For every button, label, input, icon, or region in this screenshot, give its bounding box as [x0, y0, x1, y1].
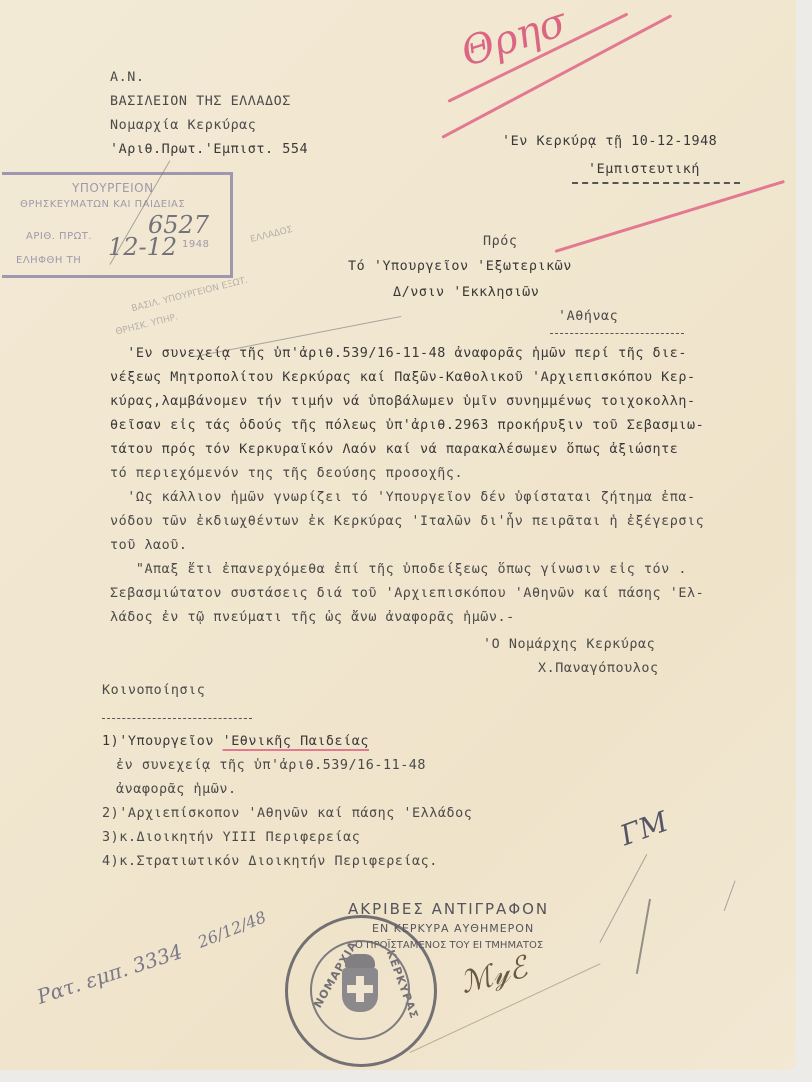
header-protocol: 'Αριθ.Πρωτ.'Εμπιστ. 554: [110, 142, 308, 158]
recipient-line-3: 'Αθήνας: [558, 309, 618, 325]
receipt-stamp: ΥΠΟΥΡΓΕΙΟΝ ΘΡΗΣΚΕΥΜΑΤΩΝ ΚΑΙ ΠΑΙΔΕΙΑΣ ΑΡΙ…: [2, 172, 233, 278]
crown-icon: [345, 954, 375, 968]
body-line: 'Ως κάλλιον ἡμῶν γνωρίζει τό 'Υπουργεῖον…: [110, 490, 696, 506]
body-line: νέξεως Μητροπολίτου Κερκύρας καί Παξῶν-Κ…: [110, 370, 696, 386]
body-line: νόδου τῶν ἐκδιωχθέντων ἐκ Κερκύρας 'Ιταλ…: [110, 514, 704, 530]
body-line: τό περιεχόμενόν της τῆς δεούσης προσοχῆς…: [110, 466, 463, 482]
classification: 'Εμπιστευτική: [588, 162, 700, 178]
distribution-item-1-cont: ἀναφορᾶς ἡμῶν.: [116, 782, 237, 798]
red-pencil-annotation: Θρησ: [456, 0, 573, 76]
pencil-mark: [723, 880, 735, 911]
signature-name: Χ.Παναγόπουλος: [538, 661, 659, 677]
handwritten-initials: ΓΜ: [616, 805, 672, 852]
body-line: τοῦ λαοῦ.: [110, 538, 188, 554]
body-line: λάδος ἐν τῷ πνεύματι τῆς ὡς ἄνω ἀναφορᾶς…: [110, 610, 515, 626]
faded-stamp-text: ΒΑΣΙΛ. ΥΠΟΥΡΓΕΙΟΝ ΕΞΩΤ.: [131, 276, 249, 315]
distribution-heading: Κοινοποίησις: [102, 683, 205, 699]
handwritten-note: Ρατ. εμπ. 3334: [34, 939, 185, 1009]
cross-shield-icon: [342, 968, 378, 1012]
header-prefecture: Νομαρχία Κερκύρας: [110, 118, 256, 134]
body-line: "Απαξ ἔτι ἐπανερχόμεθα ἐπί τῆς ὑποδείξεω…: [110, 562, 687, 578]
classification-underline: [572, 182, 740, 184]
red-pencil-stroke: [555, 180, 785, 253]
pencil-mark: [636, 899, 651, 974]
faded-stamp-text: ΕΛΛΑΔΟΣ: [249, 225, 293, 245]
distribution-heading-underline: [102, 718, 252, 719]
body-line: 'Εν συνεχείᾳ τῆς ὑπ'ἀριθ.539/16-11-48 ἀν…: [110, 346, 687, 362]
distribution-item-3: 3)κ.Διοικητήν ΥΙΙΙ Περιφερείας: [102, 830, 360, 846]
prefecture-seal: ΝΟΜΑΡΧΙΑ ΚΕΡΚΥΡΑΣ: [285, 915, 437, 1067]
place-date: 'Εν Κερκύρᾳ τῇ 10-12-1948: [502, 134, 717, 150]
recipient-to-label: Πρός: [483, 234, 517, 250]
recipient-underline: [550, 333, 684, 334]
distribution-item-4: 4)κ.Στρατιωτικόν Διοικητήν Περιφερείας.: [102, 854, 438, 870]
distribution-item-1-cont: ἐν συνεχείᾳ τῆς ὑπ'ἀριθ.539/16-11-48: [116, 758, 426, 774]
underlined-ministry: 'Εθνικῆς Παιδείας: [223, 734, 369, 749]
body-line: κύρας,λαμβάνομεν τήν τιμήν νά ὑποβάλωμεν…: [110, 394, 696, 410]
header-initials: Α.Ν.: [110, 70, 144, 86]
distribution-item-1: 1)'Υπουργεῖον 'Εθνικῆς Παιδείας: [102, 734, 369, 750]
faded-stamp-text: ΘΡΗΣΚ. ΥΠΗΡ.: [115, 312, 179, 337]
seal-inner-ring: [310, 940, 410, 1040]
body-line: θεῖσαν εἰς τάς ὁδούς τῆς πόλεως ὑπ'ἀριθ.…: [110, 418, 704, 434]
recipient-line-1: Τό 'Υπουργεῖον 'Εξωτερικῶν: [348, 259, 572, 275]
certification-title: ΑΚΡΙΒΕΣ ΑΝΤΙΓΡΑΦΟΝ: [348, 900, 549, 918]
body-line: Σεβασμιώτατον συστάσεις διά τοῦ 'Αρχιεπι…: [110, 586, 704, 602]
signature-title: 'Ο Νομάρχης Κερκύρας: [483, 637, 655, 653]
body-line: τάτου πρός τόν Κερκυραϊκόν Λαόν καί νά π…: [110, 442, 678, 458]
document-page: Θρησ Α.Ν. ΒΑΣΙΛΕΙΟΝ ΤΗΣ ΕΛΛΑΔΟΣ Νομαρχία…: [0, 0, 796, 1070]
handwritten-signature: ℳ𝓎ℰ: [457, 950, 531, 1001]
pencil-mark: [599, 854, 647, 943]
recipient-line-2: Δ/νσιν 'Εκκλησιῶν: [393, 285, 539, 301]
distribution-item-2: 2)'Αρχιεπίσκοπον 'Αθηνῶν καί πάσης 'Ελλά…: [102, 806, 472, 822]
header-kingdom: ΒΑΣΙΛΕΙΟΝ ΤΗΣ ΕΛΛΑΔΟΣ: [110, 94, 291, 110]
handwritten-note-date: 26/12/48: [195, 907, 269, 952]
